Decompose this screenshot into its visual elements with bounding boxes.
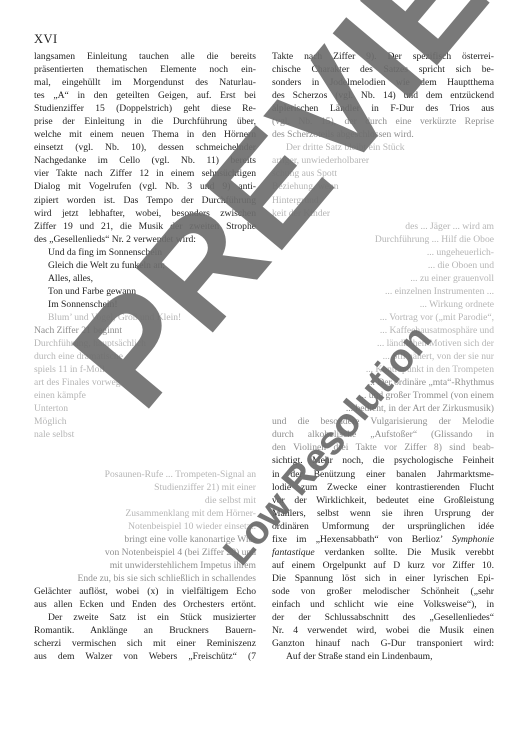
text-line: und die besondere Vulgarisierung der Mel… [272,415,494,428]
text-line: ... und großer Trommel (von einem [272,389,494,402]
text-line: einfach und schlicht wie eine Volksweise… [272,598,494,611]
text-line: präsentierten thematischen Elemente noch… [34,63,256,76]
text-line: ... ungeheuerlich- [272,246,494,259]
text-line: Beziehung, wenn [272,180,494,193]
text-line: schung aus Spott [272,167,494,180]
text-line: prise der Einleitung in die Durchführung… [34,115,256,128]
text-line: Die Spannung löst sich in einer lyrische… [272,572,494,585]
text-line: Gelächter auflöst, wobei (x) in vielfält… [34,585,256,598]
text-line: nale selbst [34,428,256,441]
text-line: durch eine dramatische [34,350,256,363]
verse-line: Gleich die Welt zu funkeln an; [34,259,256,272]
text-line: einsetzt (vgl. Nb. 10), dessen schmeiche… [34,141,256,154]
text-line: ... Kaffeehausatmosphäre und [272,324,494,337]
text-line: chische Charakter des Satzes spricht sic… [272,63,494,76]
text-line: fantastique verdanken sollte. Die Musik … [272,546,494,559]
text-line: Nachgedanke im Cello (vgl. Nb. 11) berei… [34,154,256,167]
text-line: langsamen Einleitung tauchen alle die be… [34,50,256,63]
document-page: XVI langsamen Einleitung tauchen alle di… [0,0,530,750]
text-line: Durchführung ... Hilf die Oboe [272,233,494,246]
verse-line: Auf der Straße stand ein Lindenbaum, [272,650,494,663]
text-line: zipiert worden ist. Das Tempo der Durchf… [34,194,256,207]
text-line: einen kämpfe [34,389,256,402]
text-line: fixe im „Hexensabbath“ von Berlioz’ Symp… [272,533,494,546]
text-line: älplerischen Ländler in F-Dur des Trios … [272,102,494,115]
text-line: Notenbeispiel 10 wieder einsetzt. [34,520,256,533]
blank-line [34,441,256,454]
text-line: ... zu einer grauenvoll [272,272,494,285]
text-line: bringt eine volle kanonartige Wie- [34,533,256,546]
text-line: des Scherzos (vgl. Nb. 14) und dem entzü… [272,89,494,102]
text-line: Durchführung, hauptsächlich [34,337,256,350]
text-line: vier Takte nach Ziffer 12 in einem sehns… [34,167,256,180]
text-line: Möglich [34,415,256,428]
text-line: Ganzton hinauf nach G-Dur transponiert w… [272,637,494,650]
text-run: fixe im „Hexensabbath“ von Berlioz’ [272,534,452,545]
verse-line: Im Sonnenschein! [34,298,256,311]
text-line: lodie zum Zwecke einer kontrastierenden … [272,481,494,494]
text-line: Ende zu, bis sie sich schließlich in sch… [34,572,256,585]
text-line: (vgl. Nb. 15), der durch eine verkürzte … [272,115,494,128]
italic-title: fantastique [272,547,315,558]
text-line: aus allen Ecken und Enden des Orchesters… [34,598,256,611]
text-line: Studienziffer 21) mit einer [34,481,256,494]
page-number: XVI [34,32,58,47]
text-line: ... Kontrapunkt in den Trompeten [272,363,494,376]
text-line: durch alkoholische „Aufstoßer“ (Glissand… [272,428,494,441]
paragraph-start: Der dritte Satz bleibt ein Stück [272,141,494,154]
text-line: in der Benützung einer banalen Jahrmarkt… [272,468,494,481]
verse-line: Alles, alles, [34,272,256,285]
text-line: Unterton [34,402,256,415]
verse-line: Blum’ und Vogel, Groß und Klein! [34,311,256,324]
text-line: mal, eingehüllt im Morgendunst des Natur… [34,76,256,89]
text-line: den Violinen drei Takte vor Ziffer 8) si… [272,441,494,454]
text-line: ... bedient, in der Art der Zirkusmusik) [272,402,494,415]
text-line: Hintergrund [272,194,494,207]
text-line: ... Der ordinäre „mta“-Rhythmus [272,376,494,389]
text-line: Takte nach Ziffer 9). Der spezifisch öst… [272,50,494,63]
text-line: ... Vortrag vor („mit Parodie“, [272,311,494,324]
right-column: Takte nach Ziffer 9). Der spezifisch öst… [272,50,494,663]
text-line: ... die Oboen und [272,259,494,272]
text-line: Nr. 4 verwendet wird, wobei die Musik ei… [272,624,494,637]
paragraph-start: Der zweite Satz ist ein Stück musizierte… [34,611,256,624]
text-line: welche mit einem neuen Thema in den Hörn… [34,128,256,141]
text-line: des Scherzoteils abgeschlossen wird. [272,128,494,141]
left-column: langsamen Einleitung tauchen alle die be… [34,50,256,663]
text-line: Studienziffer 15 (Doppelstrich) geht die… [34,102,256,115]
text-line: des ... Jäger ... wird am [272,220,494,233]
text-line: art des Finales vorweg [34,376,256,389]
text-line: ... Wirkung ordnete [272,298,494,311]
italic-title: Symphonie [452,534,494,545]
text-line: Romantik. Anklänge an Bruckners Bauern- [34,624,256,637]
text-line: Zusammenklang mit dem Hörner- [34,507,256,520]
text-line: Dialog mit Vogelrufen (vgl. Nb. 3 und 9)… [34,180,256,193]
text-line: der der Schlussabschnitt des „Gesellenli… [272,611,494,624]
text-line: ... einzelnen Instrumenten ... [272,285,494,298]
blank-line [34,454,256,467]
text-line: sichtigt. Mehr noch, die psychologische … [272,454,494,467]
text-line: wird jetzt lebhafter, wobei, besonders z… [34,207,256,220]
text-line: die selbst mit [34,494,256,507]
verse-line: Ton und Farbe gewann [34,285,256,298]
text-line: ... Stil nähert, von der sie nur [272,350,494,363]
text-line: Posaunen-Rufe ... Trompeten-Signal an [34,468,256,481]
text-line: von Notenbeispiel 4 (bei Ziffer 29) und [34,546,256,559]
text-line: aus dem Walzer von Webers „Freischütz“ (… [34,650,256,663]
text-line: artiger, unwiederholbarer [272,154,494,167]
text-line: vor der Wirklichkeit, bedeutet eine Groß… [272,494,494,507]
verse-line: Und da fing im Sonnenschein [34,246,256,259]
text-line: Mahlers, selbst wenn sie ihren Ursprung … [272,507,494,520]
text-line: des „Gesellenlieds“ Nr. 2 verwendet wird… [34,233,256,246]
text-line: ... ländlichen Motiven sich der [272,337,494,350]
text-line: auf einem Orgelpunkt auf D kurz vor Ziff… [272,559,494,572]
text-line: mit unwiderstehlichem Impetus ihrem [34,559,256,572]
text-line: scherzi vermischen sich mit einer Remini… [34,637,256,650]
text-line: ordinären Umformung der ursprünglichen i… [272,520,494,533]
text-run: verdanken sollte. Die Musik verebbt [315,547,494,558]
text-line: Nach Ziffer 21 beginnt [34,324,256,337]
text-line: spiels 11 in f-Moll [34,363,256,376]
text-line: Ziffer 19 und 21, die Musik der zweiten … [34,220,256,233]
text-line: tes „A“ in den geteilten Geigen, auf. Er… [34,89,256,102]
text-line: sode von großer melodischer Schönheit („… [272,585,494,598]
text-line: sonders in Jodelmelodien wie dem Hauptth… [272,76,494,89]
text-line: keit der Kinder [272,207,494,220]
